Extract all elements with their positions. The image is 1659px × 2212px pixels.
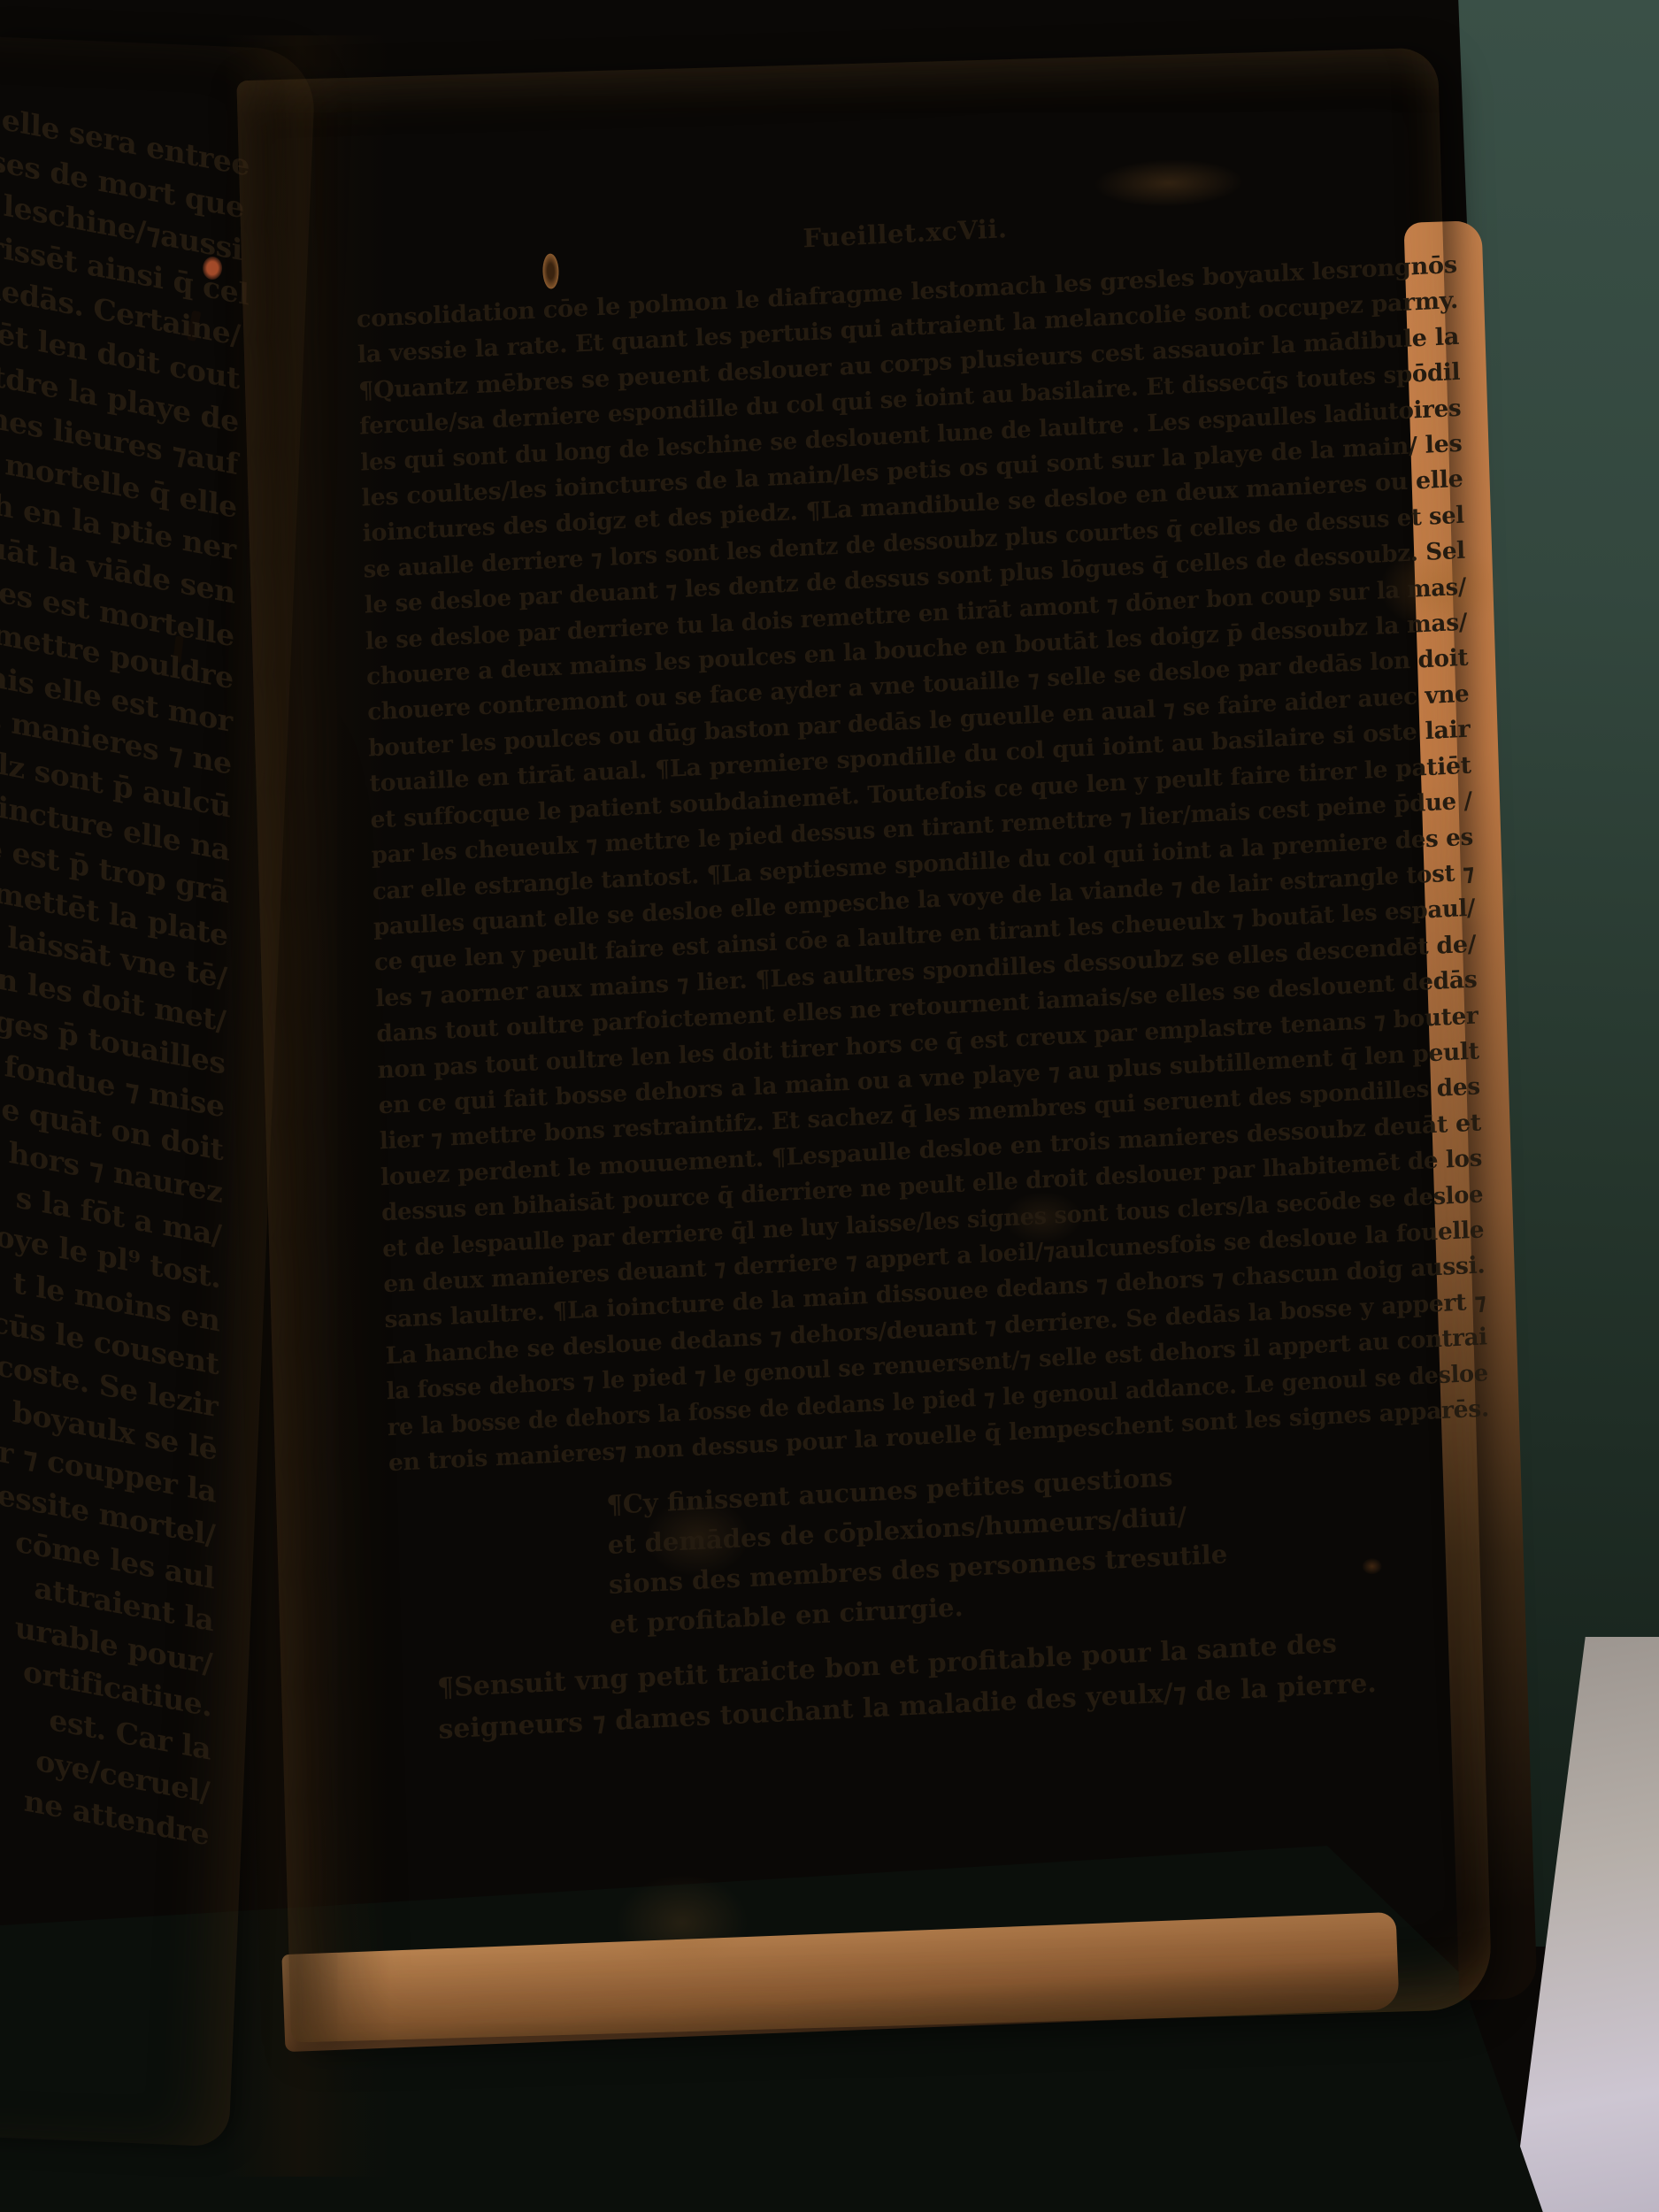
right-page-content: Fueillet.xcVii. consolidation cōe le pol…	[237, 35, 1493, 2056]
incipit-block: ¶Sensuit vng petit traicte bon et profit…	[436, 1621, 1377, 1751]
left-page-text-column: ou elle sera entreeeuses de mort quers l…	[0, 89, 244, 1858]
book-photo-scene: ou elle sera entreeeuses de mort quers l…	[0, 0, 1659, 2212]
body-text-block: consolidation cōe le polmon le diafragme…	[356, 248, 1489, 1482]
right-page: Fueillet.xcVii. consolidation cōe le pol…	[236, 47, 1492, 2042]
colophon-block: ¶Cy finissent aucunes petites questionse…	[606, 1455, 1229, 1645]
